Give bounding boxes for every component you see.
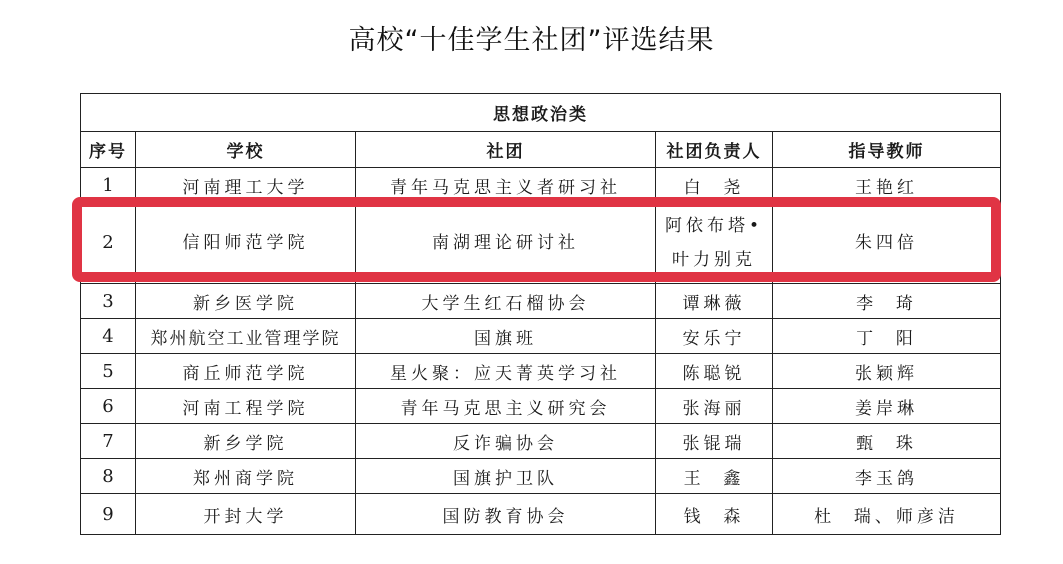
- row-club: 大学生红石榴协会: [356, 284, 656, 319]
- row-no: 7: [81, 424, 136, 459]
- category-label: 思想政治类: [81, 94, 1001, 132]
- row-school: 河南理工大学: [136, 168, 356, 203]
- row-advisor: 丁 阳: [773, 319, 1001, 354]
- header-leader: 社团负责人: [656, 132, 773, 168]
- header-club: 社团: [356, 132, 656, 168]
- row-leader: 阿依布塔•叶力别克: [656, 203, 773, 284]
- header-advisor: 指导教师: [773, 132, 1001, 168]
- table-row: 7 新乡学院 反诈骗协会 张锟瑞 甄 珠: [81, 424, 1001, 459]
- table-row: 1 河南理工大学 青年马克思主义者研习社 白 尧 王艳红: [81, 168, 1001, 203]
- row-club: 反诈骗协会: [356, 424, 656, 459]
- row-no: 2: [81, 203, 136, 284]
- row-school: 信阳师范学院: [136, 203, 356, 284]
- row-school: 郑州商学院: [136, 459, 356, 494]
- row-leader: 王 鑫: [656, 459, 773, 494]
- row-no: 6: [81, 389, 136, 424]
- row-advisor: 朱四倍: [773, 203, 1001, 284]
- header-no: 序号: [81, 132, 136, 168]
- row-club: 星火聚：应天菁英学习社: [356, 354, 656, 389]
- row-club: 国旗班: [356, 319, 656, 354]
- row-no: 8: [81, 459, 136, 494]
- table-row: 9 开封大学 国防教育协会 钱 森 杜 瑞、师彦洁: [81, 494, 1001, 535]
- row-leader: 白 尧: [656, 168, 773, 203]
- row-leader: 陈聪锐: [656, 354, 773, 389]
- header-school: 学校: [136, 132, 356, 168]
- row-leader: 钱 森: [656, 494, 773, 535]
- row-leader: 谭琳薇: [656, 284, 773, 319]
- row-school: 开封大学: [136, 494, 356, 535]
- row-no: 9: [81, 494, 136, 535]
- row-advisor: 李 琦: [773, 284, 1001, 319]
- row-advisor: 李玉鸽: [773, 459, 1001, 494]
- row-no: 5: [81, 354, 136, 389]
- row-no: 1: [81, 168, 136, 203]
- row-leader: 安乐宁: [656, 319, 773, 354]
- row-club: 国旗护卫队: [356, 459, 656, 494]
- table-row: 5 商丘师范学院 星火聚：应天菁英学习社 陈聪锐 张颖辉: [81, 354, 1001, 389]
- table-row: 8 郑州商学院 国旗护卫队 王 鑫 李玉鸽: [81, 459, 1001, 494]
- row-leader: 张海丽: [656, 389, 773, 424]
- row-school: 河南工程学院: [136, 389, 356, 424]
- table-row: 4 郑州航空工业管理学院 国旗班 安乐宁 丁 阳: [81, 319, 1001, 354]
- page-title: 高校“十佳学生社团”评选结果: [0, 18, 1063, 57]
- results-table: 思想政治类 序号 学校 社团 社团负责人 指导教师 1 河南理工大学 青年马克思…: [80, 93, 1001, 535]
- header-row: 序号 学校 社团 社团负责人 指导教师: [81, 132, 1001, 168]
- row-school: 新乡医学院: [136, 284, 356, 319]
- table-row: 6 河南工程学院 青年马克思主义研究会 张海丽 姜岸琳: [81, 389, 1001, 424]
- row-school: 郑州航空工业管理学院: [136, 319, 356, 354]
- row-no: 4: [81, 319, 136, 354]
- row-advisor: 甄 珠: [773, 424, 1001, 459]
- row-advisor: 王艳红: [773, 168, 1001, 203]
- row-school: 商丘师范学院: [136, 354, 356, 389]
- row-club: 国防教育协会: [356, 494, 656, 535]
- row-no: 3: [81, 284, 136, 319]
- row-club: 青年马克思主义者研习社: [356, 168, 656, 203]
- row-advisor: 姜岸琳: [773, 389, 1001, 424]
- row-advisor: 张颖辉: [773, 354, 1001, 389]
- table-row-highlighted: 2 信阳师范学院 南湖理论研讨社 阿依布塔•叶力别克 朱四倍: [81, 203, 1001, 284]
- row-advisor: 杜 瑞、师彦洁: [773, 494, 1001, 535]
- row-school: 新乡学院: [136, 424, 356, 459]
- category-row: 思想政治类: [81, 94, 1001, 132]
- row-club: 青年马克思主义研究会: [356, 389, 656, 424]
- table-row: 3 新乡医学院 大学生红石榴协会 谭琳薇 李 琦: [81, 284, 1001, 319]
- row-leader: 张锟瑞: [656, 424, 773, 459]
- row-club: 南湖理论研讨社: [356, 203, 656, 284]
